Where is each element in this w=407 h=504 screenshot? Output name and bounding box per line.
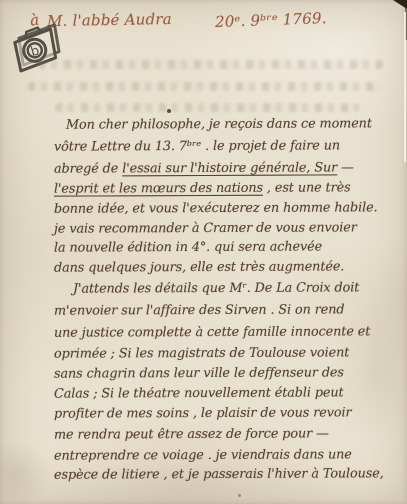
ink-speck [167,109,171,113]
letter-line: bonne idée, et vous l'exécuterez en homm… [54,200,378,216]
letter-line: vôtre Lettre du 13. 7ᵇʳᵉ . le projet de … [54,138,340,154]
letter-line-segment-underlined: l'esprit et les mœurs des nations [54,181,263,197]
letter-line-segment: abregé de [54,161,122,176]
letter-line-segment: — [337,160,354,175]
bleedthrough-line [38,60,383,69]
letter-line: Calas ; Si le théatre nouvellement établ… [54,385,344,401]
letter-line: une justice complette à cette famille in… [54,324,370,340]
letter-line: dans quelques jours, elle est très augme… [54,259,344,275]
letter-line: me rendra peut être assez de force pour … [54,426,329,442]
letter-line: oprimée ; Si les magistrats de Toulouse … [54,345,349,361]
letter-line: l'esprit et les mœurs des nations , est … [54,180,351,196]
letter-line: entreprendre ce voiage . je viendrais da… [54,447,352,463]
ink-speck [238,494,241,497]
letter-line-segment: , est une très [263,180,351,195]
header-date: 20ᵉ. 9ᵇʳᵉ 1769. [215,9,327,31]
letter-photograph: à M. l'abbé Audra 20ᵉ. 9ᵇʳᵉ 1769. b Mon … [0,0,407,504]
letter-line: je vais recommander à Cramer de vous env… [54,220,357,236]
bleedthrough-line [28,82,380,91]
paper-stain [0,440,52,504]
letter-line-segment-underlined: l'essai sur l'histoire générale, Sur [122,160,337,176]
letter-line: abregé de l'essai sur l'histoire général… [54,160,354,176]
letter-line: la nouvelle édition in 4°. qui sera ache… [54,239,322,255]
letter-line: sans chagrin dans leur ville le deffense… [54,365,344,381]
letter-line: profiter de mes soins , le plaisir de vo… [54,405,352,421]
bleedthrough-line [55,103,360,112]
header-recipient: M. l'abbé Audra [47,10,172,30]
paper-edge-highlight [404,12,406,162]
letter-line: m'envoier sur l'affaire des Sirven . Si … [54,302,345,318]
letter-line: Mon cher philosophe, je reçois dans ce m… [66,116,372,132]
letter-line: J'attends les détails que Mʳ. De La Croi… [73,280,359,296]
letter-line: espèce de litiere , et je passerais l'hi… [54,466,384,482]
